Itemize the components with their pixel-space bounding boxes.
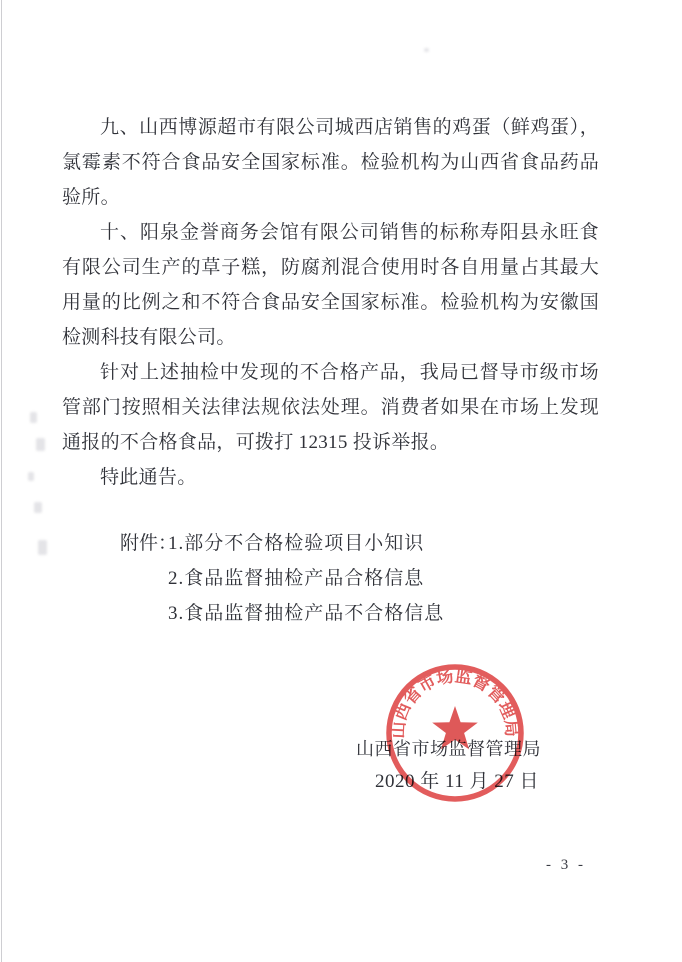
scan-artifact [424, 48, 429, 52]
attachments-list: 1.部分不合格检验项目小知识 2.食品监督抽检产品合格信息 3.食品监督抽检产品… [168, 526, 444, 631]
body-line: 十、阳泉金誉商务会馆有限公司销售的标称寿阳县永旺食品 [62, 215, 599, 250]
official-seal: 山西省市场监督管理局 [375, 653, 535, 813]
page-number: - 3 - [546, 857, 586, 874]
seal-star-icon [432, 706, 478, 749]
scan-edge-line [1, 0, 2, 962]
body-line: 检测科技有限公司。 [62, 320, 599, 355]
attachment-item: 3.食品监督抽检产品不合格信息 [168, 596, 444, 631]
scan-artifact [36, 438, 45, 451]
body-line: 针对上述抽检中发现的不合格产品，我局已督导市级市场监 [62, 355, 599, 390]
scan-artifact [34, 502, 42, 513]
document-page: 九、山西博源超市有限公司城西店销售的鸡蛋（鲜鸡蛋）， 氯霉素不符合食品安全国家标… [0, 0, 682, 962]
body-line: 用量的比例之和不符合食品安全国家标准。检验机构为安徽国科 [62, 285, 599, 320]
body-line: 特此通告。 [62, 460, 599, 495]
scan-artifact [28, 472, 34, 481]
body-line: 通报的不合格食品，可拨打 12315 投诉举报。 [62, 425, 599, 460]
attachment-item: 2.食品监督抽检产品合格信息 [168, 561, 444, 596]
body-line: 氯霉素不符合食品安全国家标准。检验机构为山西省食品药品检 [62, 145, 599, 180]
body-line: 验所。 [62, 180, 599, 215]
scan-artifact [30, 412, 37, 423]
body-line: 有限公司生产的草子糕，防腐剂混合使用时各自用量占其最大使 [62, 250, 599, 285]
document-body: 九、山西博源超市有限公司城西店销售的鸡蛋（鲜鸡蛋）， 氯霉素不符合食品安全国家标… [62, 110, 599, 495]
scan-artifact [38, 540, 47, 555]
body-line: 管部门按照相关法律法规依法处理。消费者如果在市场上发现被 [62, 390, 599, 425]
attachment-item: 1.部分不合格检验项目小知识 [168, 526, 444, 561]
body-line: 九、山西博源超市有限公司城西店销售的鸡蛋（鲜鸡蛋）， [62, 110, 599, 145]
